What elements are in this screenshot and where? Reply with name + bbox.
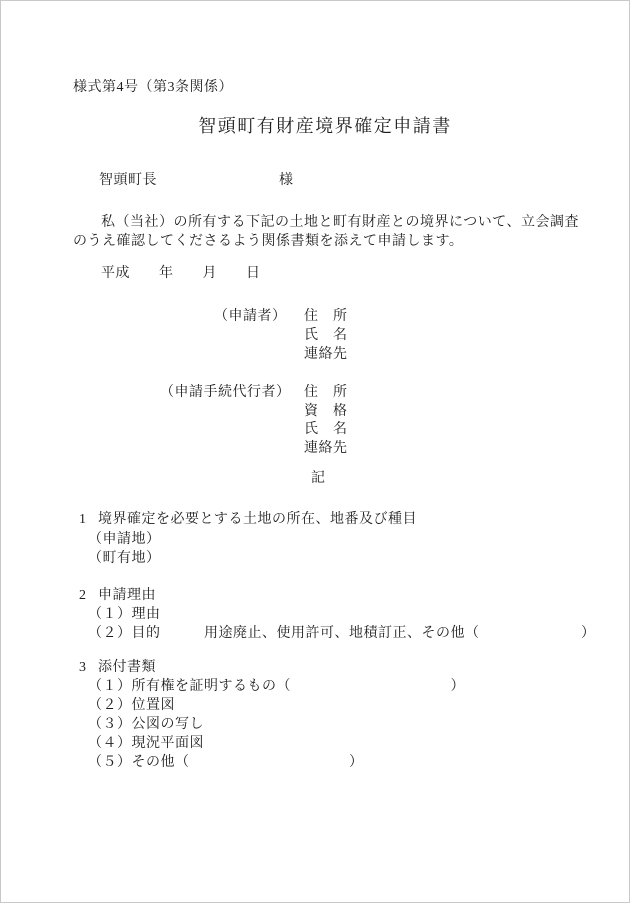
section-item: （２）目的 用途廃止、使用許可、地積訂正、その他（ ） [88,626,596,642]
form-number: 様式第4号（第3条関係） [73,80,233,96]
agent-field-qualification: 資 格 [304,404,348,420]
applicant-field-address: 住 所 [304,309,348,325]
addressee-name: 智頭町長 [99,173,157,189]
agent-field-name: 氏 名 [304,422,348,438]
section-heading: 境界確定を必要とする土地の所在、地番及び種目 [98,512,417,528]
page-title: 智頭町有財産境界確定申請書 [1,116,630,137]
section-item: （１）理由 [88,607,161,623]
section-heading: 添付書類 [98,660,156,676]
addressee-honorific: 様 [279,173,294,189]
section-item: （申請地） [88,532,161,548]
document-page: 様式第4号（第3条関係） 智頭町有財産境界確定申請書 智頭町長 様 私（当社）の… [0,0,630,903]
section-item: （４）現況平面図 [88,736,204,752]
agent-field-contact: 連絡先 [304,441,348,457]
section-item: （５）その他（ ） [88,755,364,771]
body-paragraph-line: 私（当社）の所有する下記の土地と町有財産との境界について、立会調査 [101,215,579,231]
agent-label: （申請手続代行者） [160,385,291,401]
agent-field-address: 住 所 [304,385,348,401]
section-number: 2 [79,588,87,604]
section-item: （３）公図の写し [88,717,204,733]
applicant-field-name: 氏 名 [304,328,348,344]
date-line: 平成 年 月 日 [101,266,261,282]
list-marker: 記 [311,471,326,487]
section-number: 1 [79,512,87,528]
section-item: （町有地） [88,551,161,567]
body-paragraph-line: のうえ確認してくださるよう関係書類を添えて申請します。 [73,234,463,250]
section-heading: 申請理由 [98,588,156,604]
section-item: （２）位置図 [88,698,175,714]
applicant-label: （申請者） [214,309,287,325]
applicant-field-contact: 連絡先 [304,347,348,363]
section-number: 3 [79,660,87,676]
section-item: （１）所有権を証明するもの（ ） [88,679,465,695]
